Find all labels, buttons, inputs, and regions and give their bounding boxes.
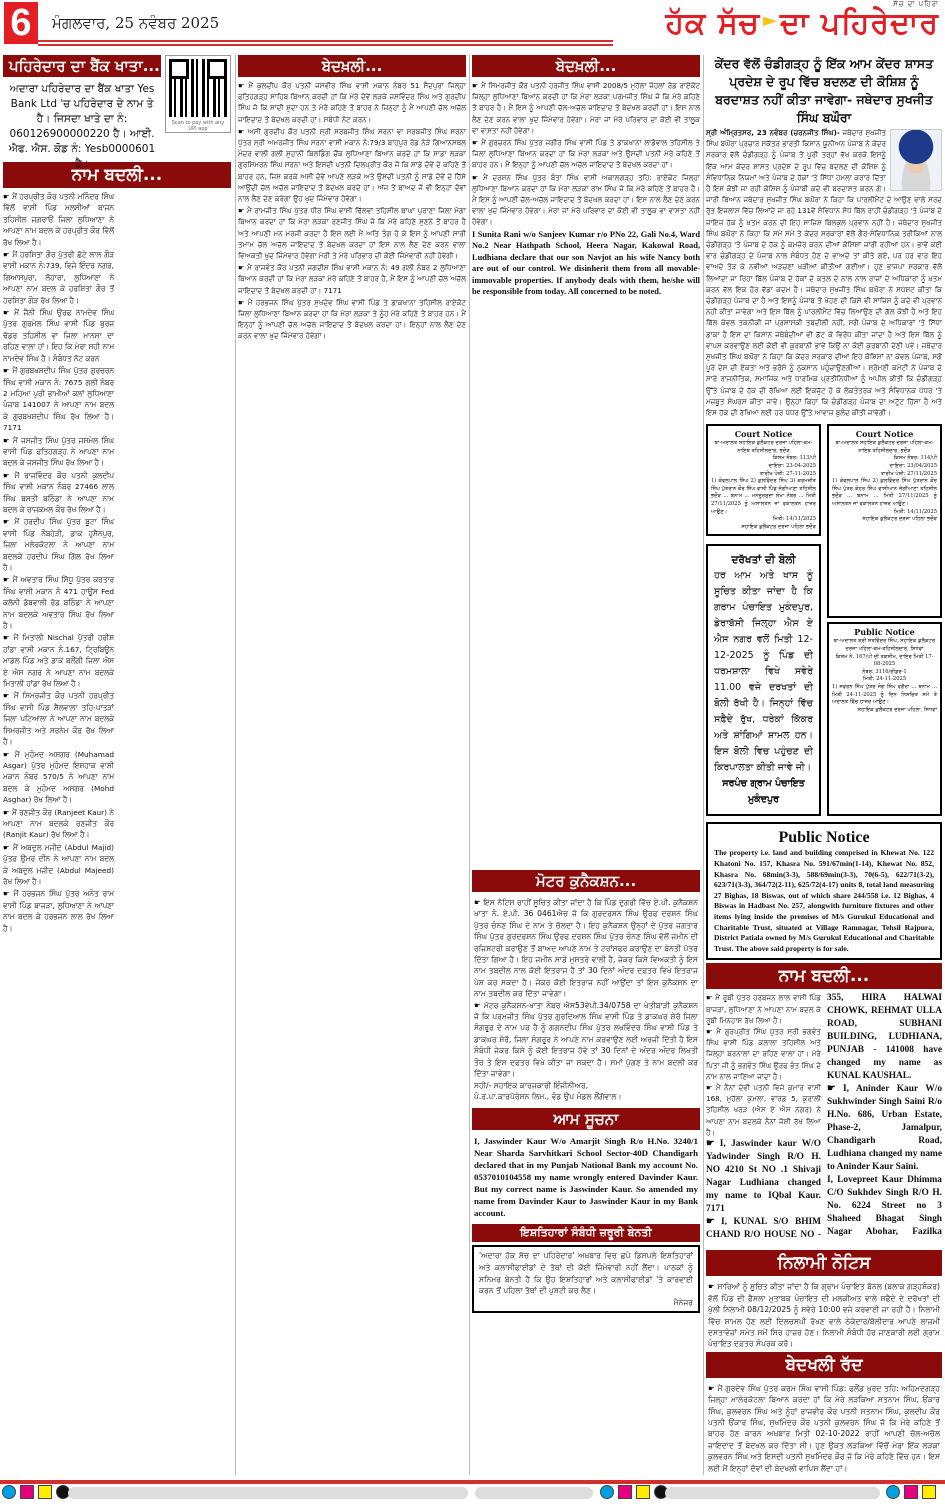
tree-auction-title: ਦਰੱਖਤਾਂ ਦੀ ਬੋਲੀ — [714, 552, 813, 568]
court-name: ਬਾ-ਅਦਾਲਤ ਸਹਾਇਕ ਕੁਲੈਕਟਰ ਦਰਜਾ ਪਹਿਲਾ-ਕਮ-ਨਾਇ… — [711, 440, 816, 455]
notice-item: ☛ ਮੈਂ ਮੁਹੰਮਦ ਅਸਗਰ (Muhamad Asgar) ਪੁੱਤਰ … — [3, 749, 114, 806]
pointing-hand-icon: ☛ — [238, 206, 247, 215]
cyan-mark-icon — [886, 1485, 900, 1499]
pointing-hand-icon: ☛ — [3, 250, 12, 259]
pointing-hand-icon: ☛ — [238, 298, 248, 307]
english-notice: I Sunita Rani w/o Sanjeev Kumar r/o PNo … — [472, 229, 700, 298]
court-notice-title: Public Notice — [832, 627, 937, 638]
disownment-column-1: ਬੇਦਖ਼ਲੀ... ☛ ਮੈਂ ਕੁਲਦੀਪ ਕੌਰ ਪਤਨੀ ਜਸਵੀਰ ਸ… — [238, 55, 466, 343]
pointing-hand-icon: ☛ — [3, 517, 14, 526]
notice-item: ☛ ਮੈਂ ਹਰਦੀਪ ਸਿੰਘ ਪੁੱਤਰ ਬੂਟਾ ਸਿੰਘ ਵਾਸੀ ਪਿ… — [3, 516, 114, 573]
disownment-title: ਬੇਦਖ਼ਲੀ... — [472, 55, 700, 77]
right-column: ਕੇਂਦਰ ਵੱਲੋਂ ਚੰਡੀਗੜ੍ਹ ਨੂੰ ਇੱਕ ਆਮ ਕੇਂਦਰ ਸ਼… — [706, 55, 942, 1476]
grey-bar — [68, 1487, 468, 1499]
court-body: 1) ਕੇਵਲਪਾਲ ਸਿੰਘ 2) ਕੁਲਵਿੰਦਰ ਸਿੰਘ 3) ਕਰਮਜ… — [711, 478, 816, 516]
pointing-hand-icon: ☛ — [3, 691, 14, 700]
notice-item: ☛ ਮੈਂ ਗੁਰਪ੍ਰੀਤ ਸਿੰਘ ਪੁੱਤਰ ਸ੍ਰੀ ਭਗਵੰਤ ਸਿੰ… — [706, 1026, 821, 1082]
pointing-hand-icon: ☛ — [706, 993, 715, 1002]
notice-item: ☛ ਮੈਂ ਹਰਭਜਨ ਸਿੰਘ ਪੁੱਤਰ ਅਨੰਤ ਰਾਮ ਵਾਸੀ ਪਿੰ… — [3, 888, 114, 934]
upi-qr-code[interactable]: Scan to pay with any UPI app — [165, 55, 231, 133]
pointing-hand-icon: ☛ — [3, 750, 15, 759]
issue-date: ਮੰਗਲਵਾਰ, 25 ਨਵੰਬਰ 2025 — [52, 14, 219, 32]
court-body: 1) ਕੇਵਲਪਾਲ ਸਿੰਘ 2) ਕੁਲਵਿੰਦਰ ਸਿੰਘ ਪੁੱਤਰਾਨ… — [832, 478, 937, 508]
disclaimer-box: 'ਅਦਾਰਾ ਹੱਕ ਸੱਚ ਦਾ ਪਹਿਰੇਦਾਰ' ਅਖ਼ਬਾਰ ਵਿਚ ਛ… — [472, 1245, 700, 1313]
public-notice-title: Public Notice — [714, 828, 934, 848]
newspaper-logo: ਸੱਚ ਦਾ ਪਹਿਰਾ ਹੱਕ ਸੱਚਦਾ ਪਹਿਰੇਦਾਰ — [666, 6, 940, 41]
notice-item: ☛ ਮੈਂ ਰਾਜਵੰਤ ਕੌਰ ਪਤਨੀ ਜਗਦੀਸ਼ ਸਿੰਘ ਵਾਸੀ ਮ… — [238, 262, 466, 296]
column-divider — [235, 55, 236, 1475]
bank-text: ਅਦਾਰਾ ਪਹਿਰੇਦਾਰ ਦਾ ਬੈਂਕ ਖਾਤਾ Yes Bank Ltd… — [3, 80, 161, 174]
logo-text-2: ਦਾ ਪਹਿਰੇਦਾਰ — [780, 6, 939, 41]
pointing-hand-icon: ☛ — [706, 1083, 716, 1092]
disclaimer-title: ਇਸ਼ਤਿਹਾਰਾਂ ਸੰਬੰਧੀ ਜ਼ਰੂਰੀ ਬੇਨਤੀ — [472, 1224, 700, 1242]
column-divider — [469, 55, 470, 1475]
pointing-hand-icon: ☛ — [472, 138, 481, 147]
cyan-mark-icon — [2, 1485, 16, 1499]
case-number: ਕਿਸਮ ਨੰਬਰ: 113/ਪੀ — [711, 455, 816, 463]
nishan-sahib-flag-icon — [763, 17, 777, 33]
general-info-text: I, Jaswinder Kaur W/o Amarjit Singh R/o … — [472, 1133, 700, 1221]
registration-marks-left — [2, 1485, 70, 1499]
pointing-hand-icon: ☛ — [708, 1384, 718, 1393]
left-block: ਪਹਿਰੇਦਾਰ ਦਾ ਬੈਂਕ ਖਾਤਾ... ਅਦਾਰਾ ਪਹਿਰੇਦਾਰ … — [3, 55, 231, 1461]
magenta-mark-icon — [618, 1485, 632, 1499]
magenta-mark-icon — [904, 1485, 918, 1499]
pointing-hand-icon: ☛ — [3, 889, 13, 898]
notice-item: ☛ ਮੈਂ ਦਰਸ਼ਨ ਸਿੰਘ ਪੁੱਤਰ ਬੰਤਾ ਸਿੰਘ ਵਾਸੀ ਅਕ… — [472, 172, 700, 228]
general-info-title: ਆਮ ਸੂਚਨਾ — [472, 1108, 700, 1130]
notice-item: ☛ ਮੋਟਰ ਕੁਨੈਕਸ਼ਨ-ਖਾਤਾ ਨੰਬਰ ਐਸ53ਵੇਪੀ.34/07… — [474, 1000, 698, 1080]
pointing-hand-icon: ☛ — [472, 173, 483, 182]
pointing-hand-icon: ☛ — [827, 1084, 843, 1094]
cyan-mark-icon — [600, 1485, 614, 1499]
pointing-hand-icon: ☛ — [3, 843, 13, 852]
lead-story: ਸ੍ਰੀ ਅੰਮ੍ਰਿਤਸਰ, 23 ਨਵੰਬਰ (ਚਰਨਜੀਤ ਸਿੰਘ)- … — [706, 127, 942, 418]
filed-date: ਦਾਇਰਾ: 23-04-2025 — [711, 463, 816, 471]
bank-account-box: ਪਹਿਰੇਦਾਰ ਦਾ ਬੈਂਕ ਖਾਤਾ... ਅਦਾਰਾ ਪਹਿਰੇਦਾਰ … — [3, 55, 231, 159]
pointing-hand-icon: ☛ — [708, 1282, 717, 1291]
pointing-hand-icon: ☛ — [238, 263, 247, 272]
notice-item: ☛ ਮੈਂ ਰੂਬੀ ਪੁੱਤਰ ਹਰਬਜਨ ਲਾਲ ਵਾਸੀ ਪਿੰਡ ਬਾਜ… — [706, 992, 821, 1026]
masthead: 6 ਮੰਗਲਵਾਰ, 25 ਨਵੰਬਰ 2025 ਸੱਚ ਦਾ ਪਹਿਰਾ ਹੱ… — [0, 0, 945, 52]
pointing-hand-icon: ☛ — [706, 1027, 716, 1036]
pointing-hand-icon: ☛ — [472, 81, 481, 90]
bank-title: ਪਹਿਰੇਦਾਰ ਦਾ ਬੈਂਕ ਖਾਤਾ... — [3, 55, 161, 77]
court-notice-3: Public Notice ਬਾ-ਅਦਾਲਤ ਸ਼੍ਰੀ ਸਤਵਿੰਦਰ ਸਿੰ… — [827, 622, 942, 816]
registration-marks-right — [886, 1485, 936, 1499]
signed-date: ਮਿਤੀ: 14/11/2025 — [711, 516, 816, 524]
notice-item: ☛ ਮੈਂ ਨੈਨਾਂ ਦੇਵੀ ਪਤਨੀ ਵਿਜੇ ਕੁਮਾਰ ਵਾਸੀ 16… — [706, 1082, 821, 1138]
grey-bar — [475, 1487, 593, 1499]
page-number: 6 — [4, 2, 38, 44]
pointing-hand-icon: ☛ — [3, 192, 12, 201]
case-number: ਕਿਸਮ ਨੰ. 167/ਪੀ ਦੀ ਤਕਸੀਮ, ਦਾਇਰ ਮਿਤੀ 17-0… — [832, 654, 937, 669]
court-notice-title: Court Notice — [832, 429, 937, 440]
notice-item: ☛ ਮੈਂ ਜੈਨੀ ਸਿੰਘ ਉਰਫ ਨਾਮਦੇਵ ਸਿੰਘ ਪੁੱਤਰ ਗੁ… — [3, 307, 114, 364]
column-divider — [703, 55, 704, 1475]
public-notice-text: The property i.e. land and building comp… — [714, 848, 934, 954]
magenta-mark-icon — [20, 1485, 34, 1499]
disownment-list: ☛ ਮੈਂ ਕੁਲਦੀਪ ਕੌਰ ਪਤਨੀ ਜਸਵੀਰ ਸਿੰਘ ਵਾਸੀ ਮਕ… — [238, 80, 466, 342]
signed-by: ਸਹਾਇਕ ਕੁਲੈਕਟਰ ਦਰਜਾ ਪਹਿਲਾ ਭਦੌੜ — [711, 524, 816, 532]
auction-text: ☛ ਸਾਰਿਆਂ ਨੂੰ ਸੂਚਿਤ ਕੀਤਾ ਜਾਂਦਾ ਹੈ ਕਿ ਗ੍ਰਾ… — [706, 1279, 942, 1351]
notice-item: ☛ I, Aninder Kaur W/o Sukhwinder Singh S… — [827, 1083, 942, 1174]
notice-item: ☛ ਮੈਂ ਰਾਮਜੀਤ ਸਿੰਘ ਪੁੱਤਰ ਧੀਰ ਸਿੰਘ ਵਾਸੀ ਢਿ… — [238, 205, 466, 261]
name-change-title-2: ਨਾਮ ਬਦਲੀ... — [706, 963, 942, 989]
pointing-hand-icon: ☛ — [3, 471, 14, 480]
disownment-cancel-text: ☛ ਮੈਂ ਗੁਰਦੇਵ ਸਿੰਘ ਪੁੱਤਰ ਕਰਮ ਸਿੰਘ ਵਾਸੀ ਪਿ… — [706, 1381, 942, 1476]
signatory: ਸਹੀ/- ਸਹਾਇਕ ਕਾਰਜਕਾਰੀ ਇੰਜੀਨੀਅਰ, — [474, 1080, 698, 1091]
pointing-hand-icon: ☛ — [3, 308, 14, 317]
lead-headline[interactable]: ਕੇਂਦਰ ਵੱਲੋਂ ਚੰਡੀਗੜ੍ਹ ਨੂੰ ਇੱਕ ਆਮ ਕੇਂਦਰ ਸ਼… — [706, 55, 942, 127]
signed-by: ਸਹਾਇਕ ਕੁਲੈਕਟਰ ਦਰਜਾ ਪਹਿਲਾ, ਸਿਧਵਾਂ — [832, 707, 937, 715]
disownment-cancel-title: ਬੇਦਖਲੀ ਰੱਦ — [706, 1352, 942, 1378]
notice-item: ☛ ਮੈਂ ਹਰਭਜਨ ਸਿੰਘ ਪੁੱਤਰ ਸੁਖਦੇਵ ਸਿੰਘ ਵਾਸੀ … — [238, 297, 466, 342]
jathedar-portrait — [890, 129, 942, 191]
disownment-column-2: ਬੇਦਖ਼ਲੀ... ☛ ਮੈਂ ਸਿਮਰਜੀਤ ਕੌਰ ਪਤਨੀ ਹਰਜੀਤ … — [472, 55, 700, 1313]
court-name: ਬਾ-ਅਦਾਲਤ ਸਹਾਇਕ ਕੁਲੈਕਟਰ ਦਰਜਾ ਪਹਿਲਾ-ਕਮ-ਨਾਇ… — [832, 440, 937, 455]
logo-text-1: ਹੱਕ ਸੱਚ — [666, 6, 761, 41]
pointing-hand-icon: ☛ — [474, 1001, 484, 1010]
notice-item: ☛ ਮੈਂ ਸਿਮਰਜੀਤ ਕੌਰ ਪਤਨੀ ਹਰਜੀਤ ਸਿੰਘ ਵਾਸੀ 2… — [472, 80, 700, 136]
yellow-mark-icon — [38, 1485, 52, 1499]
masthead-rule — [38, 40, 613, 46]
grey-bar — [665, 1487, 880, 1499]
disownment-list: ☛ ਮੈਂ ਸਿਮਰਜੀਤ ਕੌਰ ਪਤਨੀ ਹਰਜੀਤ ਸਿੰਘ ਵਾਸੀ 2… — [472, 80, 700, 870]
pointing-hand-icon: ☛ — [706, 1139, 720, 1149]
yellow-mark-icon — [636, 1485, 650, 1499]
notice-item: ☛ ਮੈਂ ਹਰਸ਼ਿਤਾ ਗੌਰ ਪੁੱਤਰੀ ਛੋਟੇ ਲਾਲ ਗੌੜ ਵਾ… — [3, 249, 114, 306]
pointing-hand-icon: ☛ — [3, 575, 13, 584]
notice-item: ☛ ਇਸ ਨੋਟਿਸ ਰਾਹੀਂ ਸੂਚਿਤ ਕੀਤਾ ਜਾਂਦਾ ਹੈ ਕਿ … — [474, 897, 698, 1000]
qr-caption: Scan to pay with any UPI app — [169, 120, 227, 132]
signed-by: ਸਹਾਇਕ ਕੁਲੈਕਟਰ ਦਰਜਾ ਪਹਿਲਾ ਭਦੌੜ — [832, 516, 937, 524]
pointing-hand-icon: ☛ — [3, 808, 12, 817]
notice-item: ☛ ਮੈਂ ਗੁਰਚਰਨ ਸਿੰਘ ਪੁੱਤਰ ਜਗੀਰ ਸਿੰਘ ਵਾਸੀ ਪ… — [472, 137, 700, 171]
tree-auction-box: ਦਰੱਖਤਾਂ ਦੀ ਬੋਲੀ ਹਰ ਆਮ ਅਤੇ ਖਾਸ ਨੂੰ ਸੂਚਿਤ … — [706, 544, 821, 816]
notice-item: ☛ ਮੈਂ ਰਣਜੀਤ ਕੌਰ (Ranjeet Kaur) ਨੇ ਆਪਣਾ ਨ… — [3, 807, 114, 841]
public-notice-box: Public Notice The property i.e. land and… — [706, 822, 942, 960]
court-notice-title: Court Notice — [711, 429, 816, 440]
pointing-hand-icon: ☛ — [238, 81, 248, 90]
court-notices-row: Court Notice ਬਾ-ਅਦਾਲਤ ਸਹਾਇਕ ਕੁਲੈਕਟਰ ਦਰਜਾ… — [706, 424, 942, 816]
case-number: ਕਿਸਮ ਨੰਬਰ: 114/ਪੀ — [832, 455, 937, 463]
disclaimer-signature: ਮੈਨੇਜਰ — [479, 1297, 693, 1309]
motor-connection-notice: ☛ ਇਸ ਨੋਟਿਸ ਰਾਹੀਂ ਸੂਚਿਤ ਕੀਤਾ ਜਾਂਦਾ ਹੈ ਕਿ … — [472, 895, 700, 1104]
tree-auction-signature: ਸਰਪੰਚ ਗ੍ਰਾਮ ਪੰਚਾਇਤ ਮੁਕੰਦਪੁਰ — [714, 776, 813, 808]
pointing-hand-icon: ☛ — [474, 898, 483, 907]
pointing-hand-icon: ☛ — [3, 633, 14, 642]
footer-rule — [0, 1480, 945, 1484]
hearing-date: ਮਿਤੀ: 24-11-2025 — [832, 676, 937, 684]
yellow-mark-icon — [922, 1485, 936, 1499]
pointing-hand-icon: ☛ — [3, 436, 13, 445]
notice-item: ☛ ਅਸੀਂ ਗੁਰਦੀਪ ਕੌਰ ਪਤਨੀ ਸ੍ਰੀ ਸਰਬਜੀਤ ਸਿੰਘ … — [238, 126, 466, 204]
court-name: ਬਾ-ਅਦਾਲਤ ਸ਼੍ਰੀ ਸਤਵਿੰਦਰ ਸਿੰਘ, ਸਹਾਇਕ ਕੁਲੈਕ… — [832, 638, 937, 653]
notice-item: ☛ ਮੈਂ ਕੁਲਦੀਪ ਕੌਰ ਪਤਨੀ ਜਸਵੀਰ ਸਿੰਘ ਵਾਸੀ ਮਕ… — [238, 80, 466, 125]
logo-tagline: ਸੱਚ ਦਾ ਪਹਿਰਾ — [893, 0, 939, 9]
registration-marks-center — [600, 1485, 668, 1499]
notice-item: ☛ ਮੈਂ ਹਰਪ੍ਰੀਤ ਕੌਰ ਪਤਨੀ ਮਨਿੰਦਰ ਸਿੰਘ ਵਿੱਲੋ… — [3, 191, 114, 248]
name-change-mixed-list: ☛ ਮੈਂ ਰੂਬੀ ਪੁੱਤਰ ਹਰਬਜਨ ਲਾਲ ਵਾਸੀ ਪਿੰਡ ਬਾਜ… — [706, 992, 942, 1250]
motor-connection-title: ਮੋਟਰ ਕੁਨੈਕਸ਼ਨ... — [472, 870, 700, 892]
court-notice-2: Court Notice ਬਾ-ਅਦਾਲਤ ਸਹਾਇਕ ਕੁਲੈਕਟਰ ਦਰਜਾ… — [827, 424, 942, 618]
notice-item: ☛ ਮੈਂ ਗੁਰਬਖਸ਼ਦੀਪ ਸਿੰਘ ਪੁੱਤਰ ਗੁਰਚਰਨ ਸਿੰਘ … — [3, 365, 114, 433]
court-notice-1: Court Notice ਬਾ-ਅਦਾਲਤ ਸਹਾਇਕ ਕੁਲੈਕਟਰ ਦਰਜਾ… — [706, 424, 821, 536]
pointing-hand-icon: ☛ — [3, 366, 12, 375]
pointing-hand-icon: ☛ — [706, 1217, 721, 1227]
notice-item: ☛ ਮੈਂ ਅਵਤਾਰ ਸਿੰਘ ਸਿੱਧੂ ਪੁੱਤਰ ਕਰਤਾਰ ਸਿੰਘ … — [3, 574, 114, 631]
name-change-list: ☛ ਮੈਂ ਹਰਪ੍ਰੀਤ ਕੌਰ ਪਤਨੀ ਮਨਿੰਦਰ ਸਿੰਘ ਵਿੱਲੋ… — [3, 191, 231, 1461]
pointing-hand-icon: ☛ — [238, 127, 248, 136]
disclaimer-text: 'ਅਦਾਰਾ ਹੱਕ ਸੱਚ ਦਾ ਪਹਿਰੇਦਾਰ' ਅਖ਼ਬਾਰ ਵਿਚ ਛ… — [479, 1251, 693, 1295]
qr-code-icon — [169, 59, 227, 117]
filed-date: ਦਾਇਰਾ: 23/04/2025 — [832, 463, 937, 471]
court-body: 1) ਸਵਰਨ ਸਿੰਘ ਪੁੱਤਰ ਜੋਗ ਸਿੰਘ ਵਗੈਰਾ ... ਬਨ… — [832, 684, 937, 707]
notice-item: ☛ ਮੈਂ ਜਸਜੀਤ ਸਿੰਘ ਪੁੱਤਰ ਜਸਮੇਲ ਸਿੰਘ ਵਾਸੀ ਪ… — [3, 435, 114, 469]
signatory-org: ਪੰ.ਰ.ਪਾ.ਕਾਰਪੋਰੇਸ਼ਨ ਲਿਮ., ਵੰਡ ਉਪ ਮੰਡਲ ਲੌਂ… — [474, 1091, 698, 1102]
tree-auction-text: ਹਰ ਆਮ ਅਤੇ ਖਾਸ ਨੂੰ ਸੂਚਿਤ ਕੀਤਾ ਜਾਂਦਾ ਹੈ ਕਿ… — [714, 568, 813, 776]
notice-item: ☛ I, Jaswinder kaur W/O Yadwinder Singh … — [706, 1138, 821, 1216]
disownment-title: ਬੇਦਖ਼ਲੀ... — [238, 55, 466, 77]
notice-item: ☛ ਮੈਂ ਸਿਮਰਜੀਤ ਕੌਰ ਪਤਨੀ ਹਰਪ੍ਰੀਤ ਸਿੰਘ ਵਾਸੀ… — [3, 690, 114, 747]
notice-item: ☛ ਮੈਂ ਮਿਤਾਲੀ Nischal ਪੁੱਤਰੀ ਹਰੀਸ਼ ਹਾਂਡਾ … — [3, 632, 114, 689]
dateline: ਸ੍ਰੀ ਅੰਮ੍ਰਿਤਸਰ, 23 ਨਵੰਬਰ (ਚਰਨਜੀਤ ਸਿੰਘ)- — [706, 128, 840, 137]
auction-title: ਨਿਲਾਮੀ ਨੋਟਿਸ — [706, 1250, 942, 1276]
notice-item: ☛ ਮੈਂ ਅਬਦੁਲ ਮਜੀਦ (Abdul Majid) ਪੁੱਤਰ ਉਮਰ… — [3, 842, 114, 888]
notice-item: ☛ ਮੈਂ ਰਾਜਵਿੰਦਰ ਕੌਰ ਪਤਨੀ ਕੁਲਦੀਪ ਸਿੰਘ ਵਾਸੀ… — [3, 470, 114, 516]
